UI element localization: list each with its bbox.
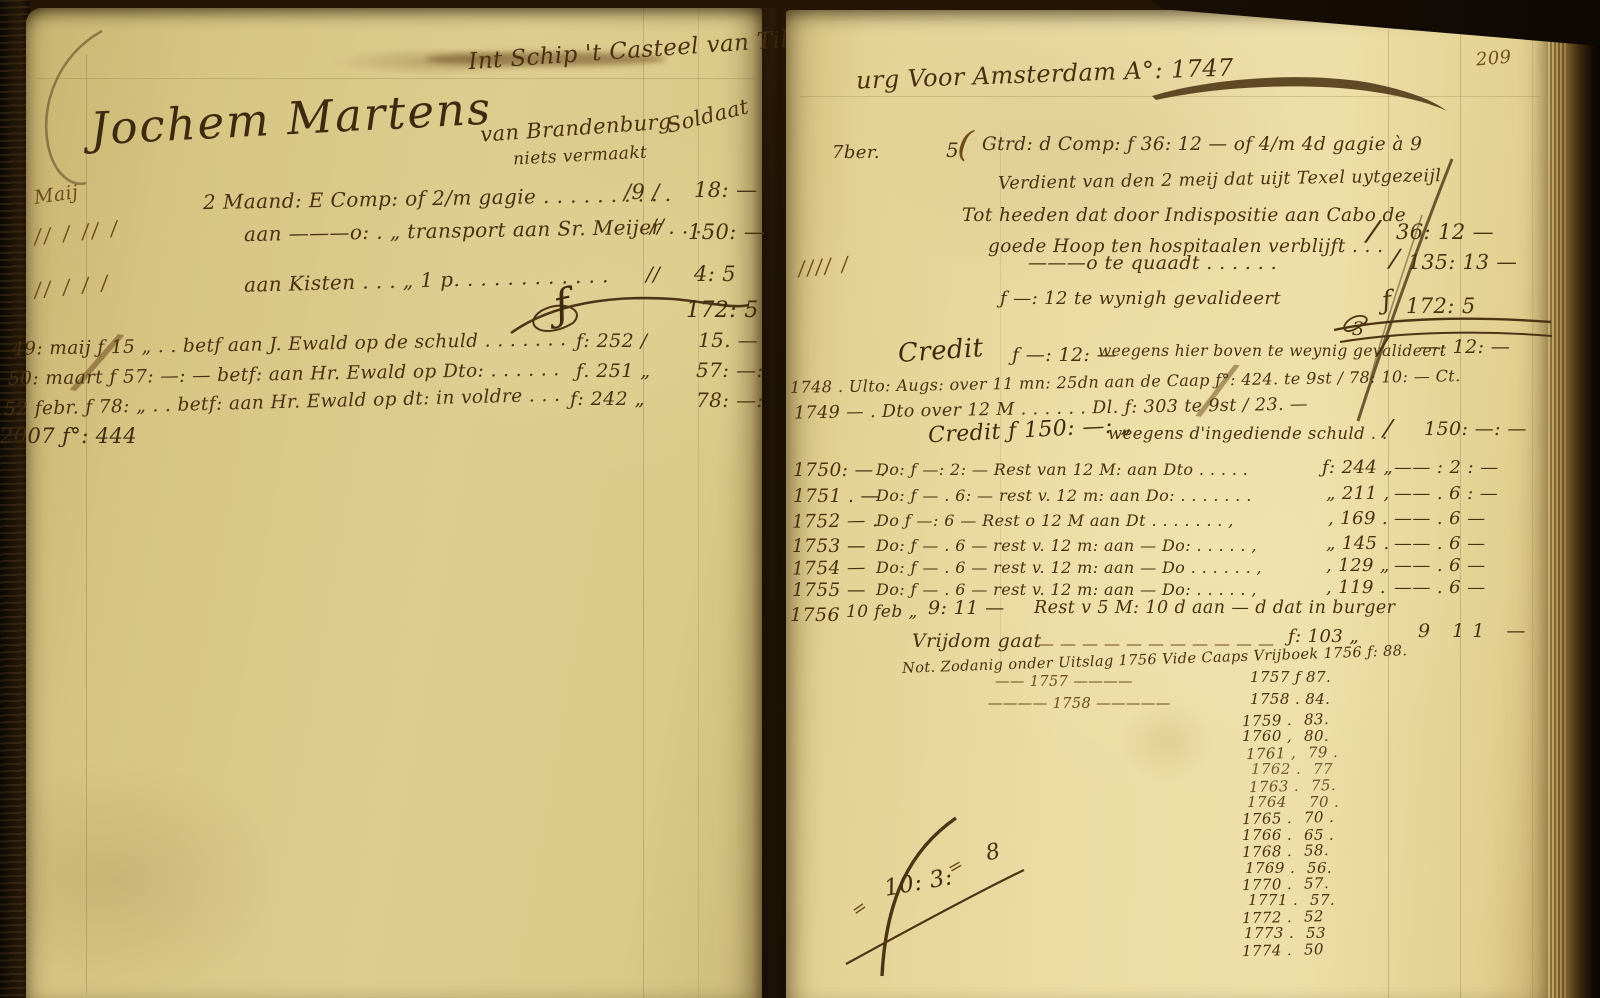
row-1756-date: 10 feb „ (846, 602, 918, 622)
list-item: 1770 .57. (1242, 875, 1340, 894)
list-item: 1768 .58. (1242, 842, 1340, 861)
row-1756-line2: Vrijdom gaat (912, 630, 1042, 652)
ship-header-left: Int Schip 't Casteel van Til (467, 27, 789, 75)
credit1-label: Credit (897, 333, 984, 369)
right-page: urg Voor Amsterdam A°: 1747 209 7ber. 5 … (786, 10, 1548, 998)
year-row-1754-folio: , 129 „ (1326, 555, 1390, 576)
header-rule (38, 78, 754, 79)
year-row-1753-amount: —— . 6 — (1394, 533, 1486, 554)
year-row-1755-folio: , 119 . (1326, 577, 1386, 598)
list-item: 1773 .53 (1244, 925, 1339, 941)
payment-row-3-folio: ƒ: 242 „ (570, 388, 645, 410)
row-1756-sum: 9: 11 — (928, 597, 1005, 619)
credit2-slash: / (1383, 414, 1394, 443)
year-row-1750-year: 1750: — . (793, 460, 886, 481)
row-1756-line1: Rest v 5 M: 10 d aan — d dat in burger (1034, 598, 1395, 618)
year-row-1752-folio: , 169 . (1328, 508, 1388, 529)
account-holder-name: Jochem Martens (89, 82, 493, 156)
flourish-header-swash (1150, 70, 1450, 115)
year-row-1750-folio: ƒ: 244 „ (1322, 457, 1393, 478)
debit-row-3-ref: // (646, 262, 660, 286)
debit-total-amount: 172: 5 (686, 298, 759, 323)
row-1756-folio: ƒ: 103 „ (1288, 626, 1359, 647)
debit-row-1-text: 2 Maand: E Comp: of 2/m gagie . . . . . … (203, 182, 672, 214)
year-row-1750-amount: —— : 2 : — (1394, 457, 1498, 478)
year-row-1753-folio: „ 145 . (1326, 533, 1390, 554)
debit-row-2-text: aan ———o: . „ transport aan Sr. Meijer .… (244, 214, 716, 246)
year-row-1751-amount: —— . 6 : — (1394, 483, 1498, 504)
carry-1758-value: 1758 . 84. (1250, 690, 1330, 708)
payment-row-2-folio: ƒ. 251 „ (576, 360, 650, 382)
entry1-month-margin: 7ber. (832, 142, 880, 163)
credit1-text: weegens hier boven te weynig gevalideert (1098, 342, 1446, 360)
carry-1757-value: 1757 ƒ 87. (1250, 668, 1331, 686)
debit-row-2-ref: // (650, 214, 664, 238)
account-holder-rank: Soldaat (664, 94, 751, 137)
payment-row-1-folio: ƒ: 252 / (576, 330, 647, 352)
row-1756-year: 1756 (790, 604, 840, 626)
list-item: 1759 .83. (1242, 711, 1340, 730)
year-row-1755-year: 1755 — (792, 580, 866, 601)
year-row-1753-detail: Do: ƒ — . 6 — rest v. 12 m: aan — Do: . … (876, 536, 1257, 555)
year-row-1752-amount: —— . 6 — (1394, 508, 1486, 529)
year-row-1754-detail: Do: ƒ — . 6 — rest v. 12 m: aan — Do . .… (876, 558, 1262, 577)
debit-row-1-amount: 18: — (694, 178, 757, 202)
row-1756-amount: 9 11 — (1418, 620, 1533, 642)
entry1-bracket: ( (955, 123, 975, 166)
year-row-1755-amount: —— . 6 — (1394, 577, 1486, 598)
year-row-1751-folio: „ 211 , (1326, 483, 1390, 504)
credit2-text: weegens d'ingediende schuld . . (1108, 424, 1388, 443)
ledger-book: Int Schip 't Casteel van Til Jochem Mart… (0, 0, 1600, 998)
year-row-1754-year: 1754 — (792, 557, 866, 579)
credit2-amount: 150: —: — (1424, 418, 1527, 440)
page-number: 209 (1475, 46, 1512, 70)
year-row-1750-detail: Do: ƒ —: 2: — Rest van 12 M: aan Dto . .… (876, 460, 1248, 479)
debit-row-3-amount: 4: 5 (694, 262, 736, 286)
year-row-1751-detail: Do: ƒ — . 6: — rest v. 12 m: aan Do: . .… (876, 486, 1252, 505)
account-remark: niets vermaakt (513, 142, 648, 169)
carry-1757-left: —— 1757 ———— (995, 674, 1133, 690)
list-item: 1774 .50 (1242, 941, 1340, 960)
payment-row-1-amount: 15. — (698, 328, 758, 352)
carry-1758-left: ———— 1758 ————— (988, 696, 1171, 712)
left-page: Int Schip 't Casteel van Til Jochem Mart… (26, 8, 762, 998)
list-item: 1765 .70 . (1242, 809, 1340, 828)
column-rule (86, 54, 87, 994)
list-item: 1771 .57. (1248, 892, 1339, 908)
list-item: 1762 .77 (1251, 761, 1339, 777)
column-rule (1532, 30, 1533, 998)
entry3-text: ƒ —: 12 te wynigh gevalideert (1000, 288, 1281, 309)
debit-row-1-ref: /9 / (624, 180, 660, 204)
year-row-1751-year: 1751 . — (793, 486, 879, 507)
tally-marks: //// / (797, 251, 851, 280)
list-item: 1772 .52 (1242, 908, 1340, 927)
year-row-1753-year: 1753 — (792, 536, 866, 557)
entry2-text: ———o te quaadt . . . . . . (1028, 252, 1277, 274)
book-page-edges-right (1548, 0, 1600, 998)
year-row-1752-detail: Do ƒ —: 6 — Rest o 12 M aan Dt . . . . .… (876, 511, 1234, 530)
entry1-line3: Tot heeden dat door Indispositie aan Cab… (962, 205, 1406, 226)
yearly-balance-list: 1759 .83. 1760 ,80. 1761 ,79 . 1762 .77 … (1242, 712, 1339, 958)
folio-reference-footer: 2007 ƒ°: 444 (0, 424, 137, 448)
entry1-line1: Gtrd: d Comp: ƒ 36: 12 — of 4/m 4d gagie… (982, 134, 1422, 155)
year-row-1752-year: 1752 — . (792, 510, 879, 533)
year-row-1754-amount: —— . 6 — (1394, 555, 1486, 576)
credit1-amount: —: 12: — (1420, 336, 1510, 358)
column-rule (698, 8, 699, 998)
